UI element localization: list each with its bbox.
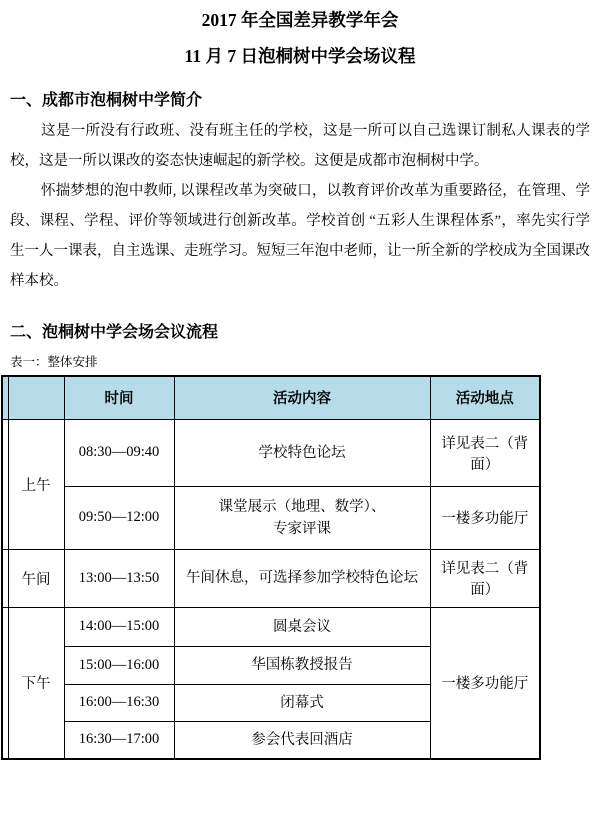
activity-cell: 华国栋教授报告 xyxy=(174,646,430,684)
table-caption: 表一：整体安排 xyxy=(10,354,600,370)
time-cell: 09:50—12:00 xyxy=(64,486,174,549)
table-row: 下午 14:00—15:00 圆桌会议 一楼多功能厅 xyxy=(2,607,540,646)
activity-cell: 午间休息，可选择参加学校特色论坛 xyxy=(174,549,430,607)
table-row: 09:50—12:00 课堂展示（地理、数学）、 专家评课 一楼多功能厅 xyxy=(2,486,540,549)
document-page: 2017 年全国差异教学年会 11 月 7 日泡桐树中学会场议程 一、成都市泡桐… xyxy=(0,0,600,815)
header-period-cell xyxy=(8,376,64,419)
location-cell-merged: 一楼多功能厅 xyxy=(430,607,540,759)
location-cell: 一楼多功能厅 xyxy=(430,486,540,549)
time-cell: 16:30—17:00 xyxy=(64,721,174,759)
schedule-table: 时间 活动内容 活动地点 上午 08:30—09:40 学校特色论坛 详见表二（… xyxy=(1,375,541,760)
time-cell: 16:00—16:30 xyxy=(64,684,174,721)
period-noon: 午间 xyxy=(8,549,64,607)
time-cell: 14:00—15:00 xyxy=(64,607,174,646)
activity-cell: 参会代表回酒店 xyxy=(174,721,430,759)
table-header-row: 时间 活动内容 活动地点 xyxy=(2,376,540,419)
header-activity: 活动内容 xyxy=(174,376,430,419)
period-morning: 上午 xyxy=(8,419,64,549)
location-cell: 详见表二（背面） xyxy=(430,419,540,486)
location-cell: 详见表二（背面） xyxy=(430,549,540,607)
time-cell: 13:00—13:50 xyxy=(64,549,174,607)
section-schedule-heading: 二、泡桐树中学会场会议流程 xyxy=(10,322,590,343)
time-cell: 08:30—09:40 xyxy=(64,419,174,486)
activity-cell: 圆桌会议 xyxy=(174,607,430,646)
activity-cell: 学校特色论坛 xyxy=(174,419,430,486)
activity-cell: 课堂展示（地理、数学）、 专家评课 xyxy=(174,486,430,549)
header-location: 活动地点 xyxy=(430,376,540,419)
activity-cell: 闭幕式 xyxy=(174,684,430,721)
document-title: 2017 年全国差异教学年会 xyxy=(0,0,600,32)
header-time: 时间 xyxy=(64,376,174,419)
time-cell: 15:00—16:00 xyxy=(64,646,174,684)
section-intro-heading: 一、成都市泡桐树中学简介 xyxy=(10,90,590,111)
period-afternoon: 下午 xyxy=(8,607,64,759)
table-row: 上午 08:30—09:40 学校特色论坛 详见表二（背面） xyxy=(2,419,540,486)
intro-paragraph-1: 这是一所没有行政班、没有班主任的学校，这是一所可以自己选课订制私人课表的学校，这… xyxy=(10,116,590,176)
document-subtitle: 11 月 7 日泡桐树中学会场议程 xyxy=(0,44,600,68)
table-row: 午间 13:00—13:50 午间休息，可选择参加学校特色论坛 详见表二（背面） xyxy=(2,549,540,607)
intro-paragraph-2: 怀揣梦想的泡中教师, 以课程改革为突破口，以教育评价改革为重要路径，在管理、学段… xyxy=(10,176,590,296)
